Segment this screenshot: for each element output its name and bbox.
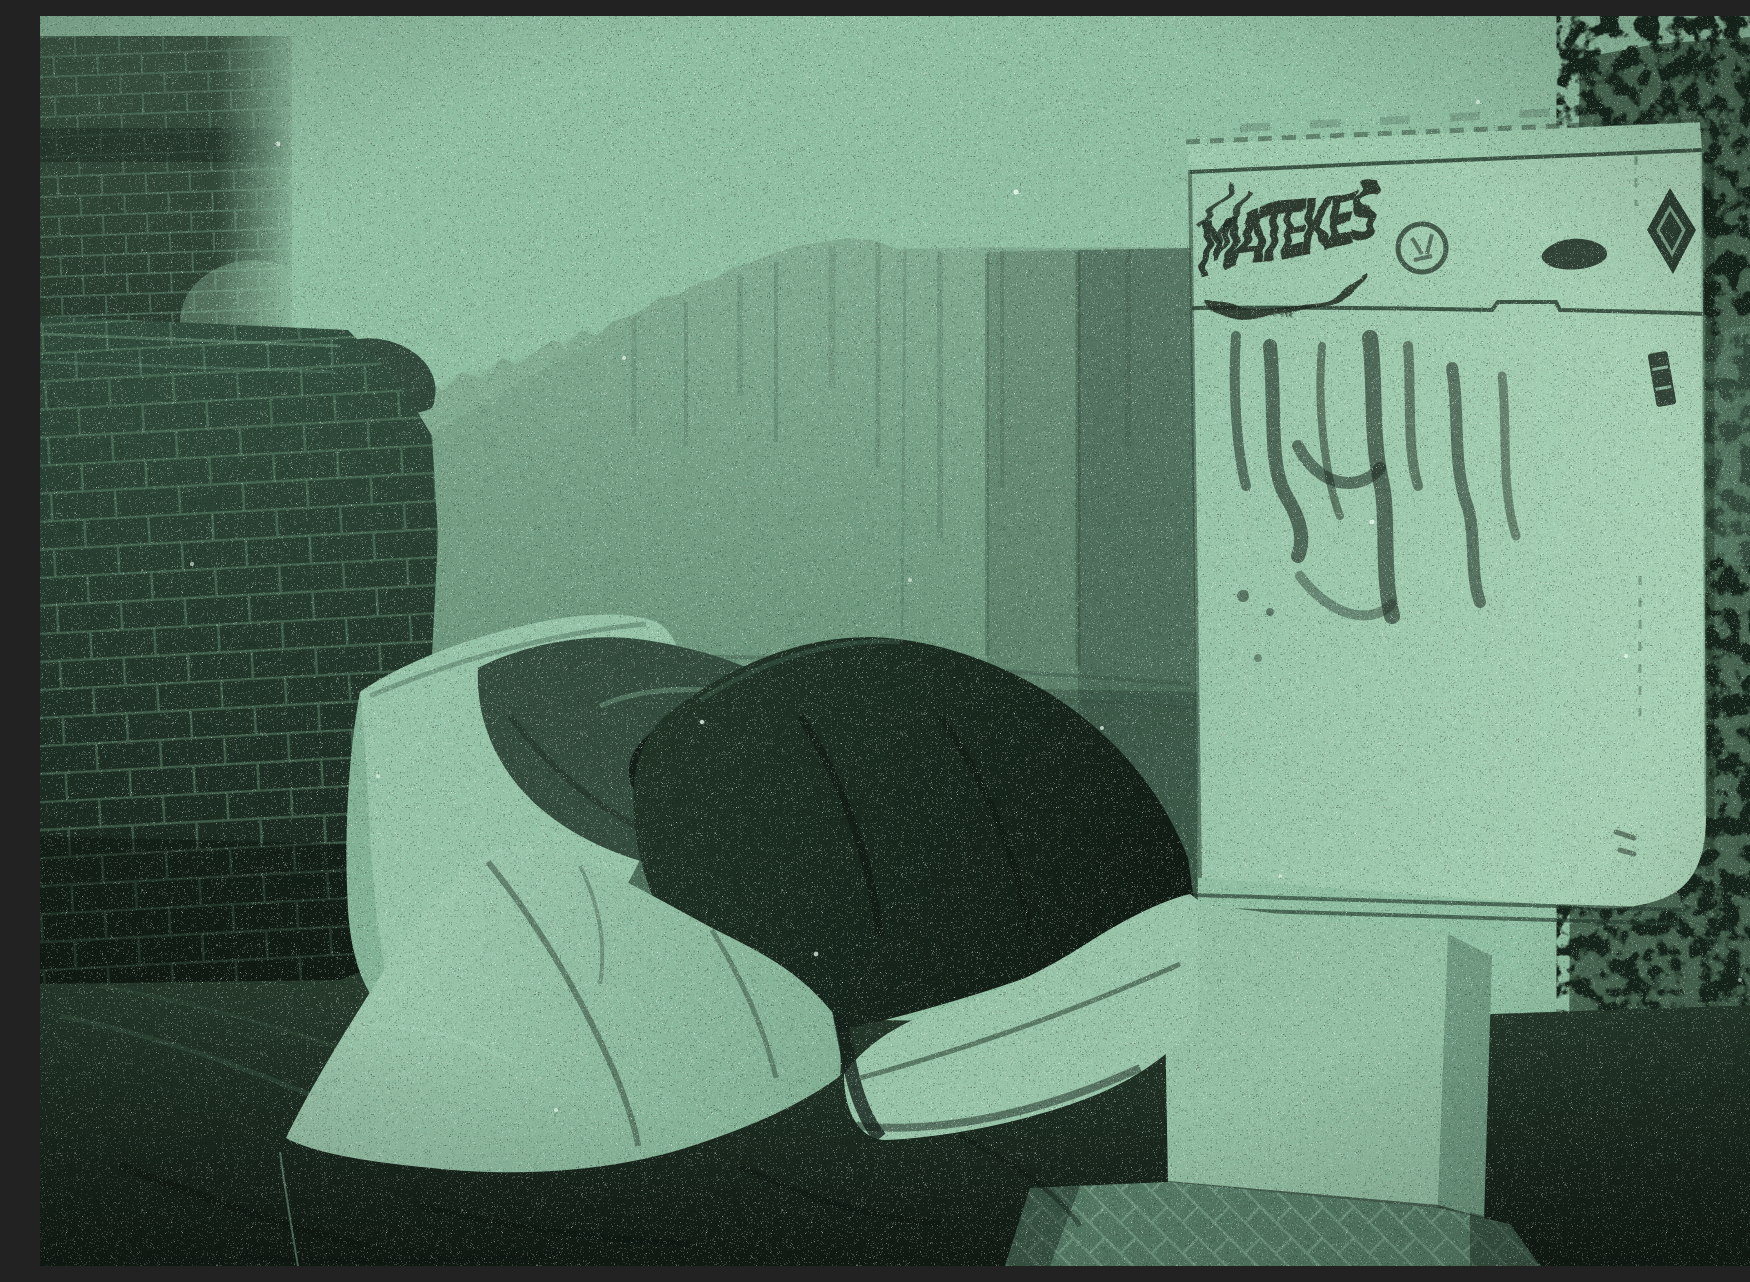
vignette [40,16,1750,1266]
photo-canvas: MATEKES [40,16,1750,1266]
duotone-street-photograph: A person sleeps under dark blankets on a… [40,16,1750,1266]
